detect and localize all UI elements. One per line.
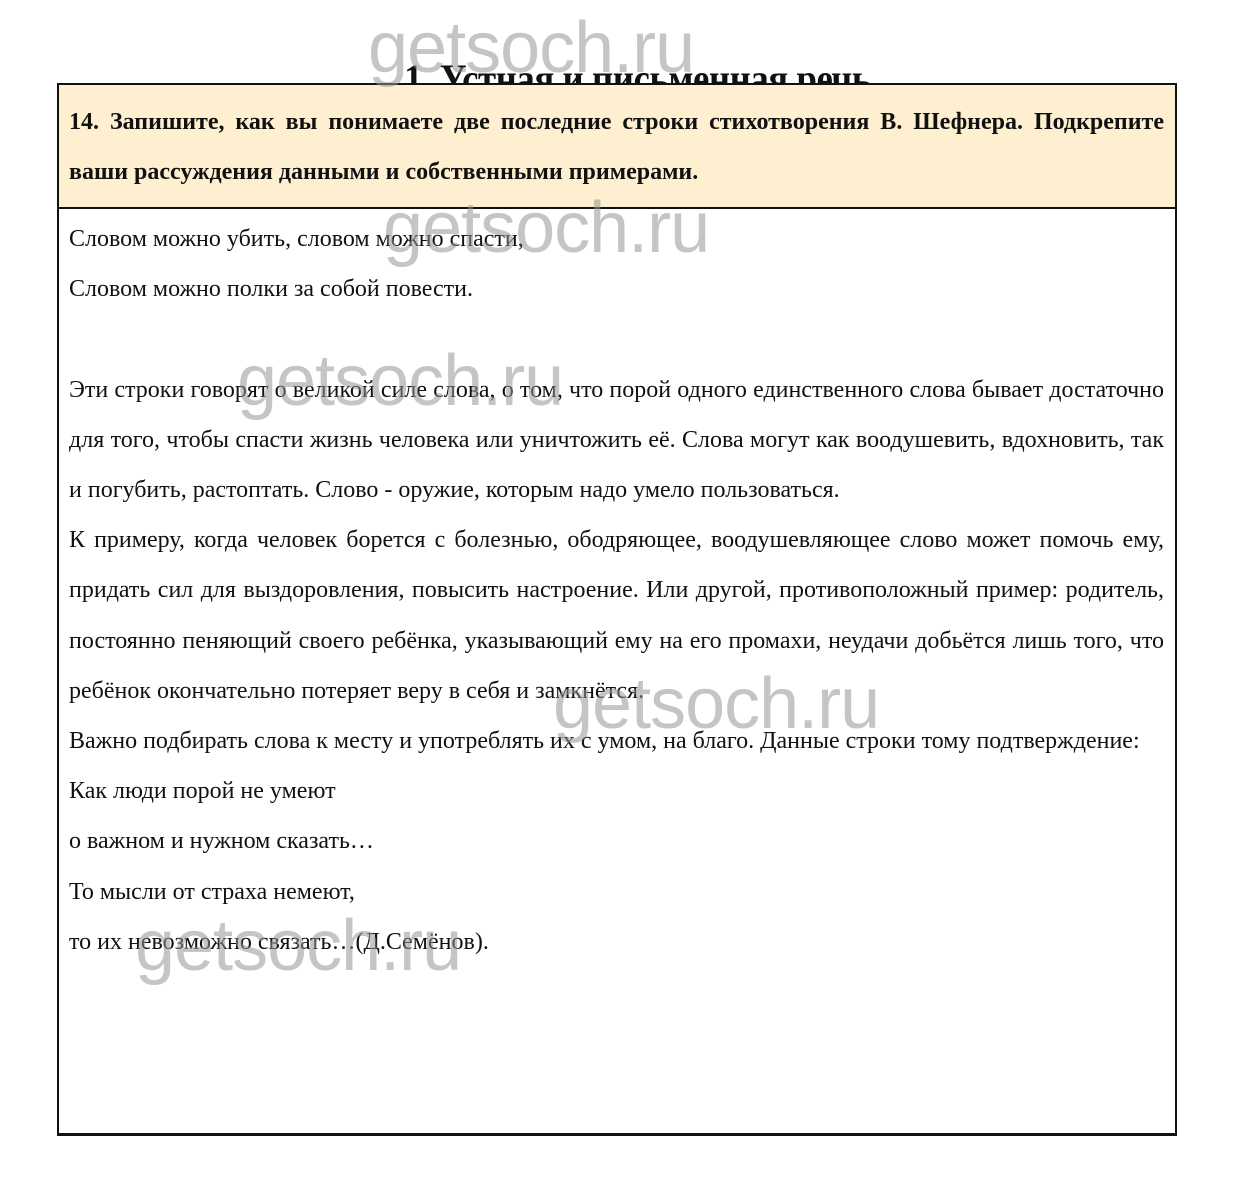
poem-line: Словом можно убить, словом можно спасти, <box>69 214 1164 264</box>
quote-line: То мысли от страха немеют, <box>69 867 1164 917</box>
poem-line: Словом можно полки за собой повести. <box>69 264 1164 314</box>
answer-paragraph: Важно подбирать слова к месту и употребл… <box>69 716 1164 766</box>
question-cell: 14. Запишите, как вы понимаете две после… <box>59 85 1175 209</box>
quote-line: о важном и нужном сказать… <box>69 816 1164 866</box>
blank-line <box>69 314 1164 364</box>
answer-paragraph: Эти строки говорят о великой силе слова,… <box>69 365 1164 516</box>
quote-line: Как люди порой не умеют <box>69 766 1164 816</box>
question-text: 14. Запишите, как вы понимаете две после… <box>69 97 1164 197</box>
quote-line: то их невозможно связать…(Д.Семёнов). <box>69 917 1164 967</box>
answer-paragraph: К примеру, когда человек борется с болез… <box>69 515 1164 716</box>
task-table: 14. Запишите, как вы понимаете две после… <box>57 83 1177 1136</box>
answer-cell: Словом можно убить, словом можно спасти,… <box>59 209 1175 967</box>
